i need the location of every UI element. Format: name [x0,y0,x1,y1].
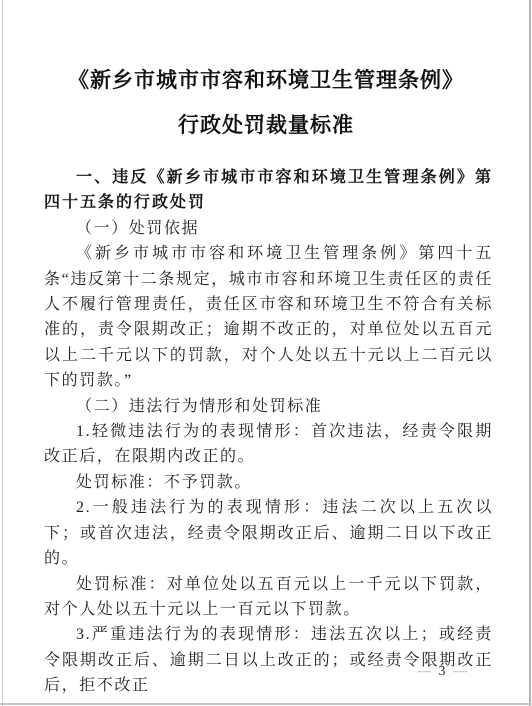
subsection-label-2: （二）违法行为情形和处罚标准 [44,394,493,419]
item1-penalty-paragraph: 处罚标准：不予罚款。 [44,470,493,495]
subsection-label-1: （一）处罚依据 [44,216,493,241]
page-number-value: 3 [439,664,448,679]
legal-basis-paragraph: 《新乡市城市市容和环境卫生管理条例》第四十五条“违反第十二条规定，城市市容和环境… [44,241,493,393]
item2-situation-paragraph: 2.一般违法行为的表现情形：违法二次以上五次以下；或首次违法，经责令限期改正后、… [44,495,493,571]
item3-situation-paragraph: 3.严重违法行为的表现情形：违法五次以上；或经责令限期改正后、逾期二日以上改正的… [44,622,493,698]
document-title: 《新乡市城市市容和环境卫生管理条例》 行政处罚裁量标准 [30,58,502,148]
scanned-page: 《新乡市城市市容和环境卫生管理条例》 行政处罚裁量标准 一、违反《新乡市城市市容… [0,0,532,706]
item2-penalty-paragraph: 处罚标准：对单位处以五百元以上一千元以下罚款，对个人处以五十元以上一百元以下罚款… [44,572,493,623]
page-number-dash-right: — [453,664,469,679]
page-edge-left [2,0,3,706]
item1-situation-paragraph: 1.轻微违法行为的表现情形：首次违法，经责令限期改正后，在限期内改正的。 [44,419,493,470]
page-number-dash-left: — [417,664,433,679]
title-line-2: 行政处罚裁量标准 [30,103,502,148]
page-edge-bottom [0,703,532,705]
title-line-1: 《新乡市城市市容和环境卫生管理条例》 [30,58,502,103]
page-edge-right [529,0,531,706]
page-number: — 3 — [417,664,469,680]
document-body: 一、违反《新乡市城市市容和环境卫生管理条例》第四十五条的行政处罚 （一）处罚依据… [44,165,493,699]
section-heading: 一、违反《新乡市城市市容和环境卫生管理条例》第四十五条的行政处罚 [44,165,493,216]
document-viewport: 《新乡市城市市容和环境卫生管理条例》 行政处罚裁量标准 一、违反《新乡市城市市容… [0,0,532,706]
